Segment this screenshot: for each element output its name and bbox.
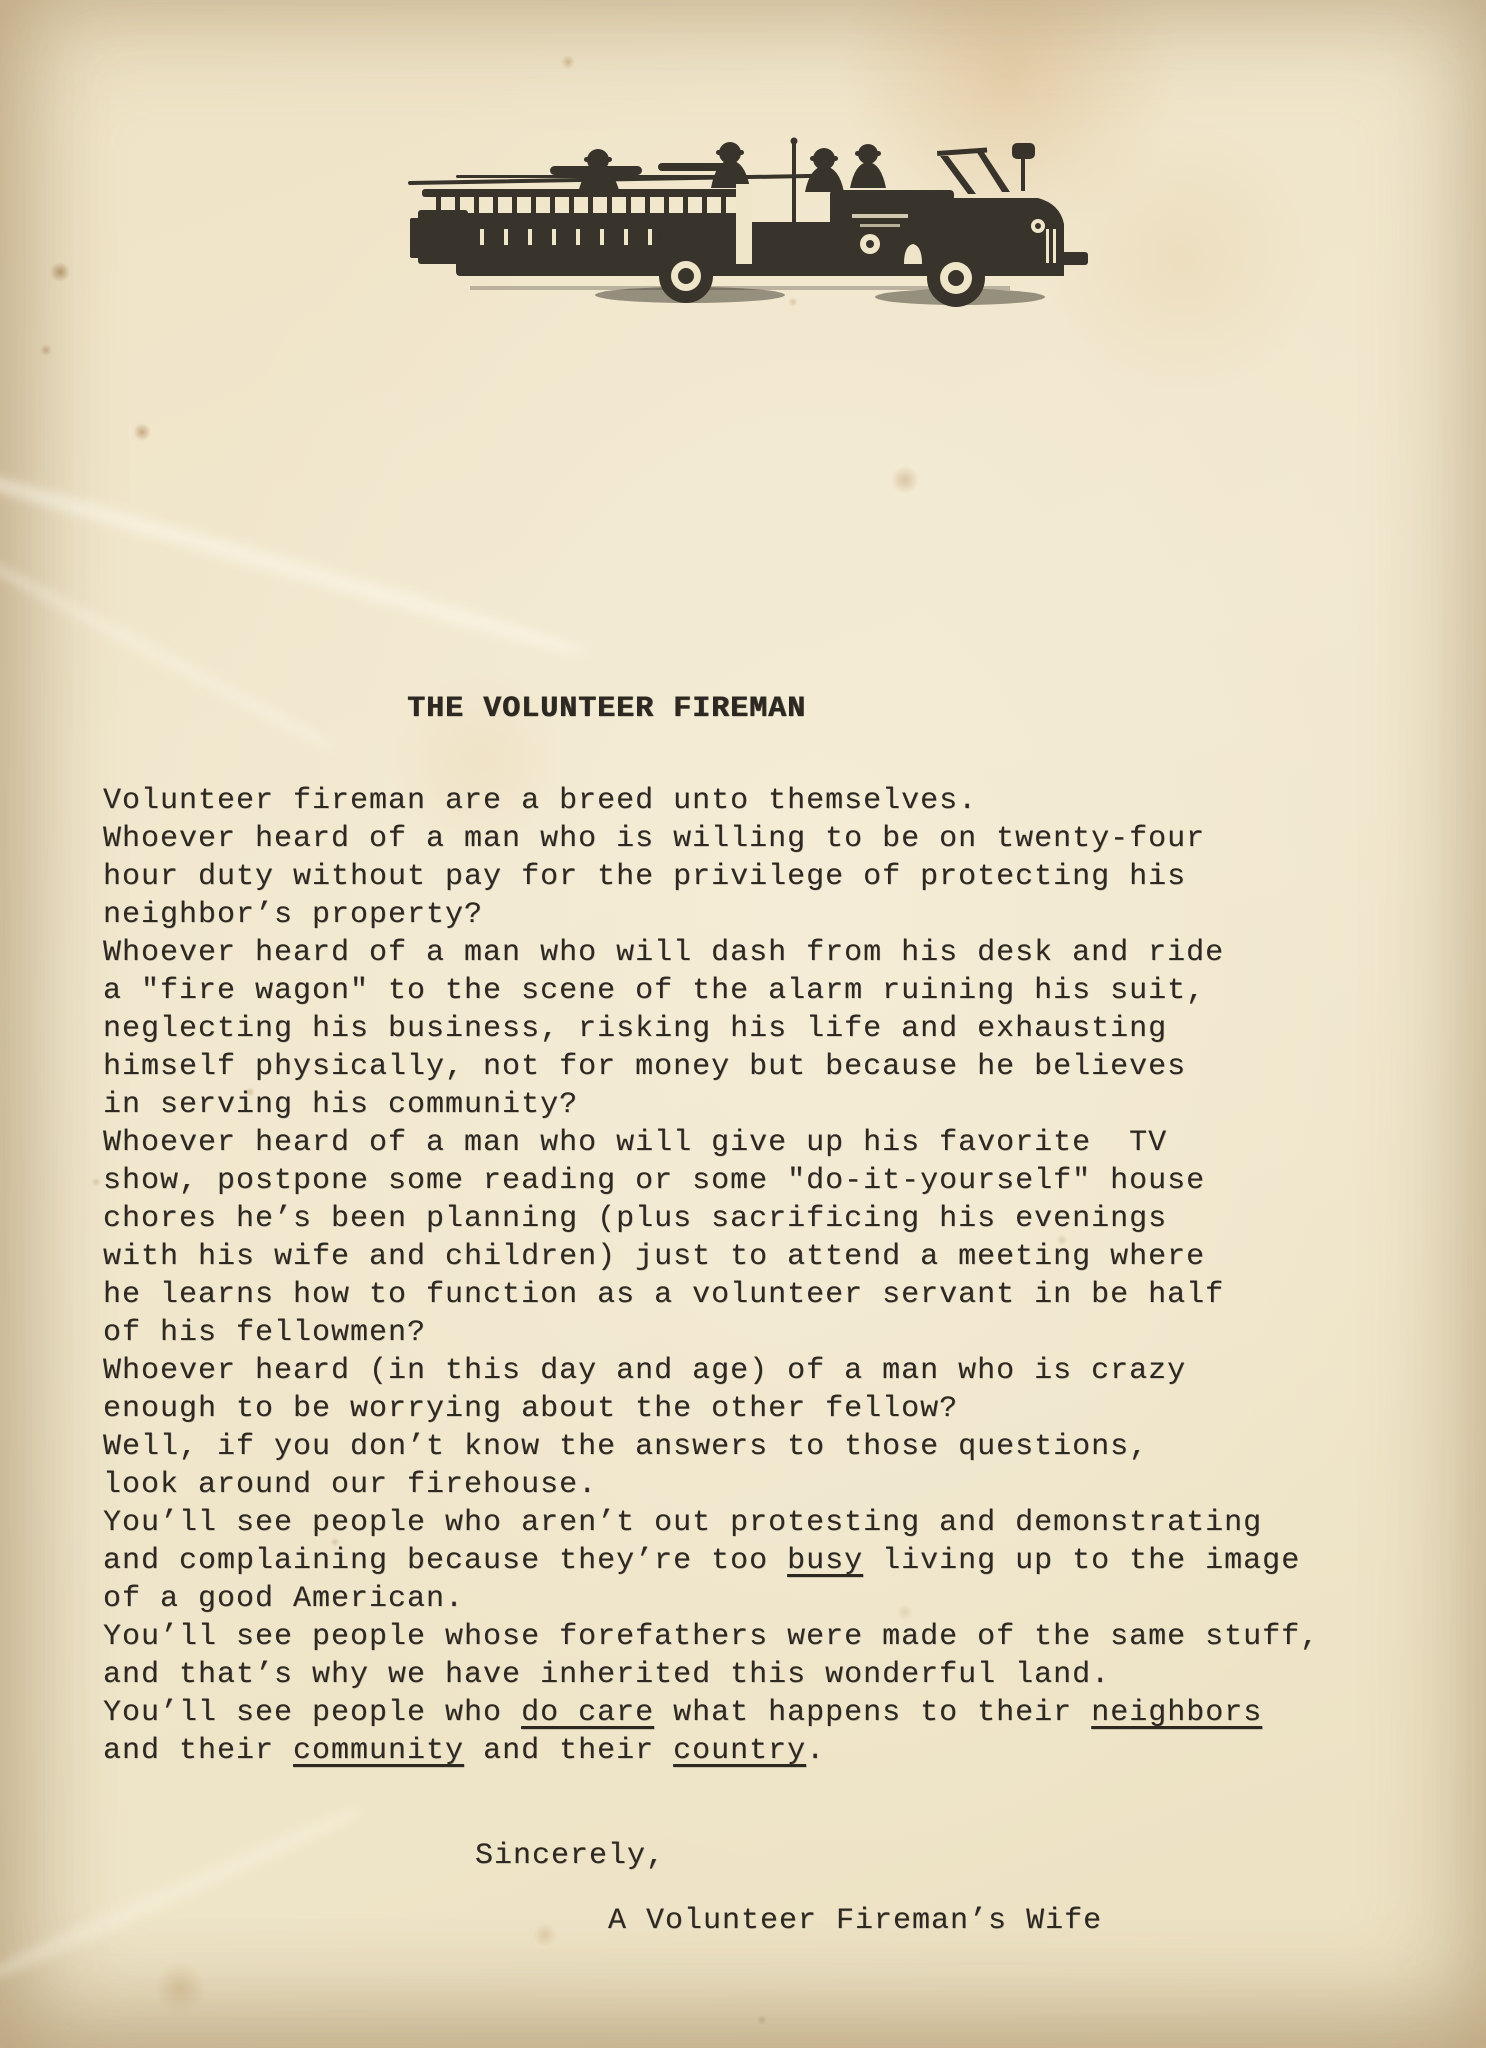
text-line: Whoever heard of a man who will give up … <box>103 1124 1319 1162</box>
text-segment: hour duty without pay for the privilege … <box>103 860 1186 894</box>
text-line: with his wife and children) just to atte… <box>103 1238 1319 1276</box>
text-line: You’ll see people who do care what happe… <box>103 1694 1319 1732</box>
text-line: in serving his community? <box>103 1086 1319 1124</box>
text-line: he learns how to function as a volunteer… <box>103 1276 1319 1314</box>
text-line: Well, if you don’t know the answers to t… <box>103 1428 1319 1466</box>
underlined-text: do care <box>521 1696 654 1730</box>
text-segment: enough to be worrying about the other fe… <box>103 1392 958 1426</box>
text-line: neglecting his business, risking his lif… <box>103 1010 1319 1048</box>
paper-crease <box>0 543 340 758</box>
text-line: hour duty without pay for the privilege … <box>103 858 1319 896</box>
text-segment: look around our firehouse. <box>103 1468 597 1502</box>
underlined-text: country <box>673 1734 806 1768</box>
text-segment: Volunteer fireman are a breed unto thems… <box>103 784 977 818</box>
text-line: of a good American. <box>103 1580 1319 1618</box>
text-segment: Whoever heard (in this day and age) of a… <box>103 1354 1186 1388</box>
text-segment: Whoever heard of a man who will give up … <box>103 1126 1167 1160</box>
text-segment: show, postpone some reading or some "do-… <box>103 1164 1205 1198</box>
text-line: You’ll see people whose forefathers were… <box>103 1618 1319 1656</box>
text-segment: You’ll see people who <box>103 1696 521 1730</box>
text-line: Whoever heard of a man who will dash fro… <box>103 934 1319 972</box>
page-title: THE VOLUNTEER FIREMAN <box>407 690 806 728</box>
text-line: a "fire wagon" to the scene of the alarm… <box>103 972 1319 1010</box>
text-line: enough to be worrying about the other fe… <box>103 1390 1319 1428</box>
text-line: look around our firehouse. <box>103 1466 1319 1504</box>
text-segment: neglecting his business, risking his lif… <box>103 1012 1167 1046</box>
fire-truck-icon <box>400 134 1090 309</box>
text-line: and their community and their country. <box>103 1732 1319 1770</box>
text-segment: chores he’s been planning (plus sacrific… <box>103 1202 1167 1236</box>
underlined-text: community <box>293 1734 464 1768</box>
text-line: Whoever heard of a man who is willing to… <box>103 820 1319 858</box>
underlined-text: neighbors <box>1091 1696 1262 1730</box>
text-segment: in serving his community? <box>103 1088 578 1122</box>
text-segment: Whoever heard of a man who is willing to… <box>103 822 1205 856</box>
text-segment: of a good American. <box>103 1582 464 1616</box>
text-line: You’ll see people who aren’t out protest… <box>103 1504 1319 1542</box>
text-segment: You’ll see people whose forefathers were… <box>103 1620 1319 1654</box>
paper-crease <box>0 1796 368 1994</box>
text-line: neighbor’s property? <box>103 896 1319 934</box>
text-segment: and their <box>103 1734 293 1768</box>
text-segment: . <box>806 1734 825 1768</box>
paper-crease <box>0 450 590 665</box>
text-segment: and their <box>464 1734 673 1768</box>
text-segment: Well, if you don’t know the answers to t… <box>103 1430 1148 1464</box>
closing-line: Sincerely, <box>475 1837 665 1875</box>
text-segment: You’ll see people who aren’t out protest… <box>103 1506 1262 1540</box>
text-line: Whoever heard (in this day and age) of a… <box>103 1352 1319 1390</box>
text-line: Volunteer fireman are a breed unto thems… <box>103 782 1319 820</box>
text-segment: with his wife and children) just to atte… <box>103 1240 1205 1274</box>
letter-page: THE VOLUNTEER FIREMAN Volunteer fireman … <box>0 0 1486 2048</box>
text-line: himself physically, not for money but be… <box>103 1048 1319 1086</box>
text-segment: what happens to their <box>654 1696 1091 1730</box>
text-segment: and that’s why we have inherited this wo… <box>103 1658 1110 1692</box>
signature-line: A Volunteer Fireman’s Wife <box>608 1902 1102 1940</box>
fire-truck-illustration <box>400 134 1090 309</box>
text-line: chores he’s been planning (plus sacrific… <box>103 1200 1319 1238</box>
underlined-text: busy <box>787 1544 863 1578</box>
letter-body: Volunteer fireman are a breed unto thems… <box>103 782 1319 1770</box>
text-segment: living up to the image <box>863 1544 1300 1578</box>
text-segment: neighbor’s property? <box>103 898 483 932</box>
text-line: and that’s why we have inherited this wo… <box>103 1656 1319 1694</box>
text-line: show, postpone some reading or some "do-… <box>103 1162 1319 1200</box>
text-segment: Whoever heard of a man who will dash fro… <box>103 936 1224 970</box>
text-segment: a "fire wagon" to the scene of the alarm… <box>103 974 1205 1008</box>
text-line: of his fellowmen? <box>103 1314 1319 1352</box>
text-segment: and complaining because they’re too <box>103 1544 787 1578</box>
text-segment: he learns how to function as a volunteer… <box>103 1278 1224 1312</box>
text-segment: of his fellowmen? <box>103 1316 426 1350</box>
text-line: and complaining because they’re too busy… <box>103 1542 1319 1580</box>
text-segment: himself physically, not for money but be… <box>103 1050 1186 1084</box>
